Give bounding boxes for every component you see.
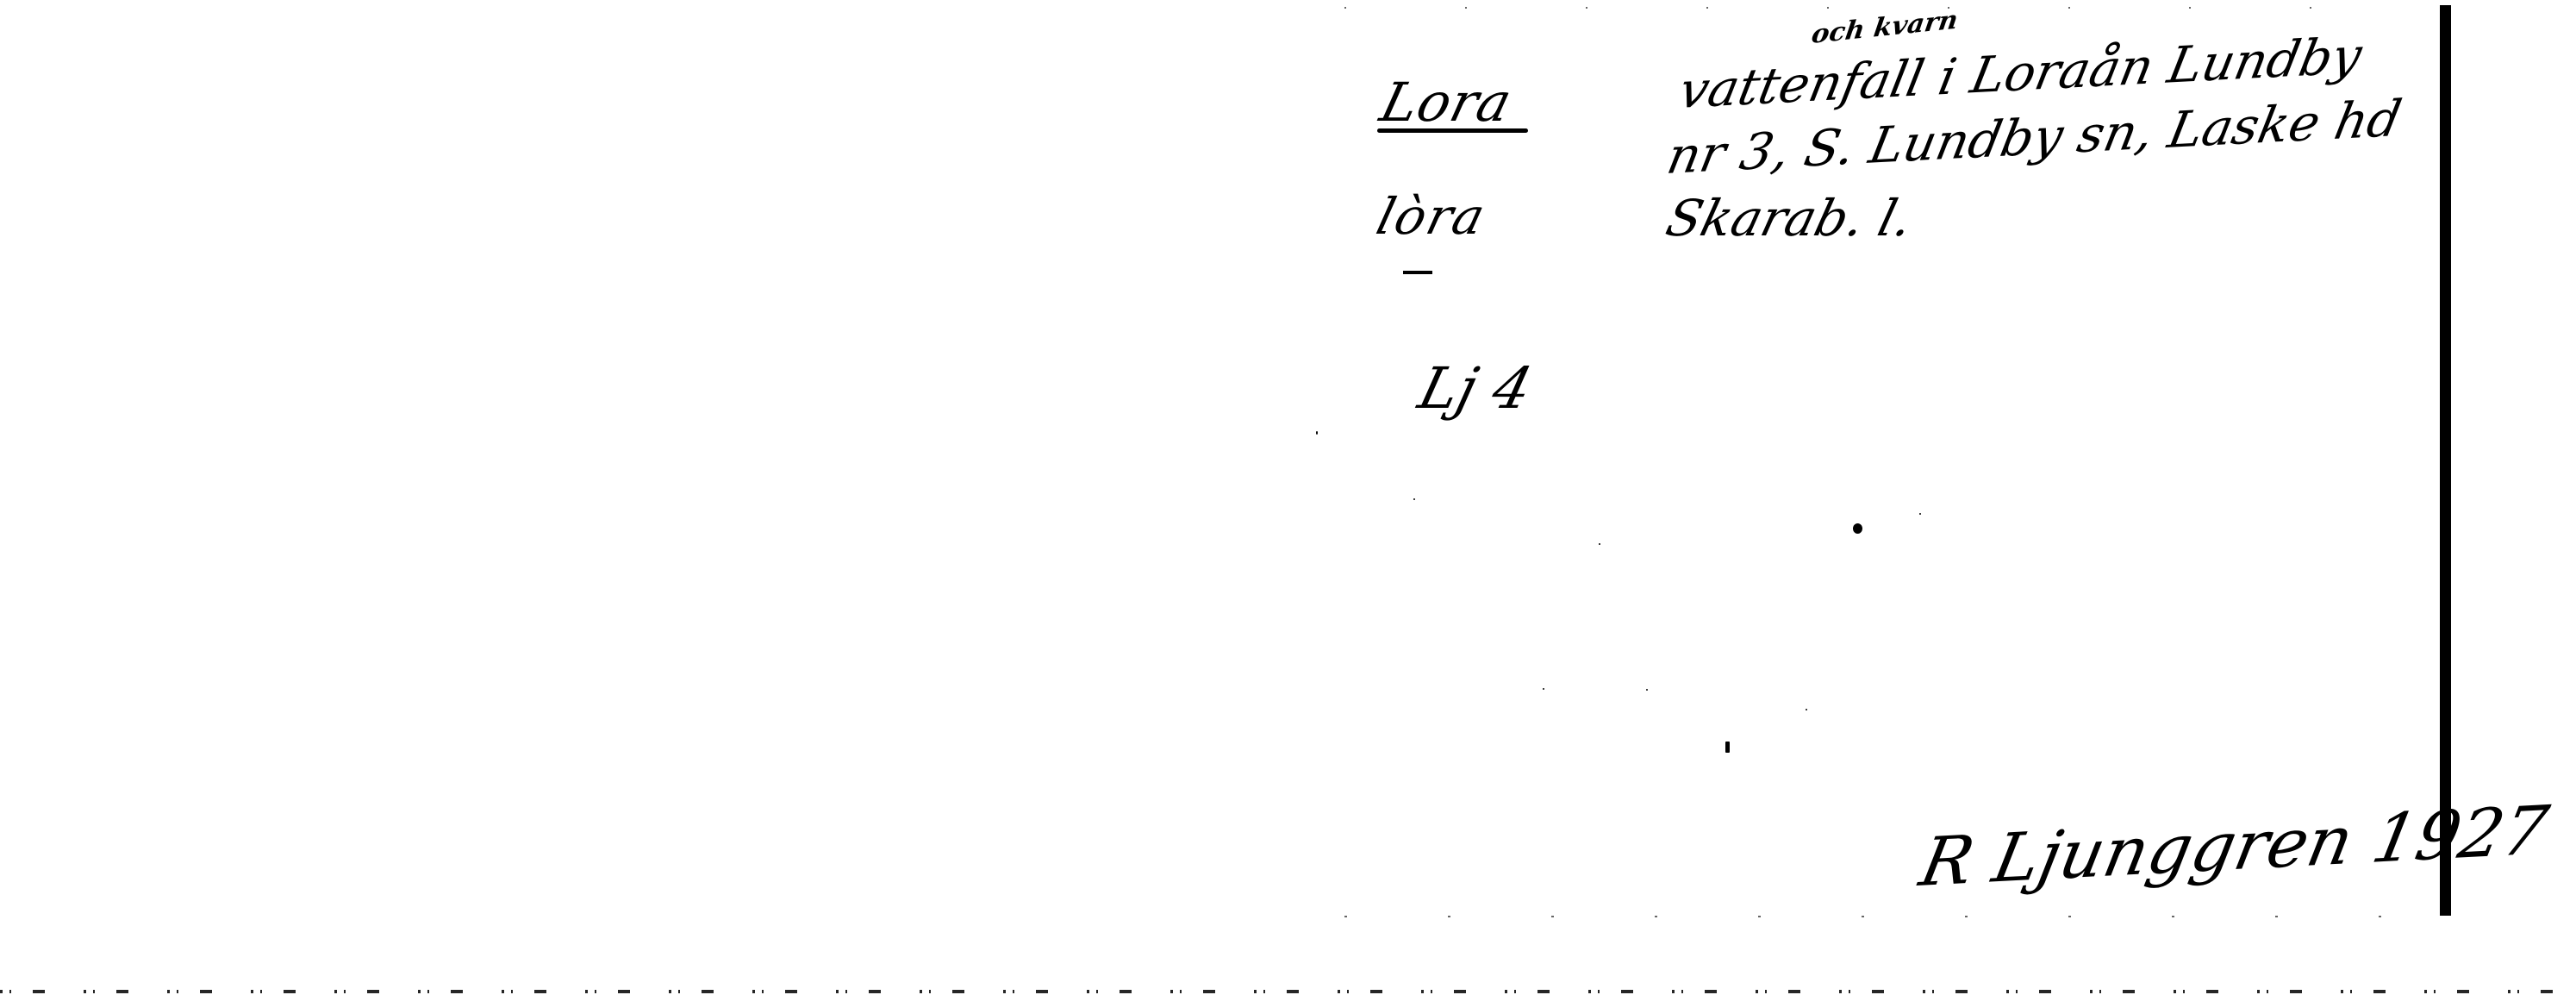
ink-speck: [1806, 709, 1807, 710]
ink-speck: [1599, 543, 1600, 545]
card-right-border: [2440, 5, 2451, 916]
scan-edge-bottom: [1344, 916, 2448, 917]
ink-speck: [1413, 498, 1415, 500]
description-line-3: Skarab. l.: [1662, 193, 1918, 243]
ink-speck: [1919, 513, 1921, 515]
ink-speck: [1543, 688, 1544, 690]
pronunciation-underline: [1403, 271, 1432, 274]
headword: Lora: [1375, 76, 1518, 129]
scan-artifact-strip: [0, 990, 2576, 993]
scan-edge-top: [1344, 7, 2430, 9]
classification-code: Lj 4: [1413, 360, 1537, 417]
description-insertion: och kvarn: [1810, 8, 1960, 48]
ink-speck: [1316, 431, 1318, 435]
ink-speck: [1646, 689, 1648, 691]
signature: R Ljunggren 1927: [1915, 798, 2554, 897]
headword-underline: [1377, 128, 1528, 133]
index-card: Lora lòra Lj 4 och kvarn vattenfall i Lo…: [0, 0, 2576, 995]
pronunciation: lòra: [1372, 191, 1491, 241]
ink-speck: [1853, 523, 1862, 534]
ink-speck: [1725, 742, 1730, 753]
